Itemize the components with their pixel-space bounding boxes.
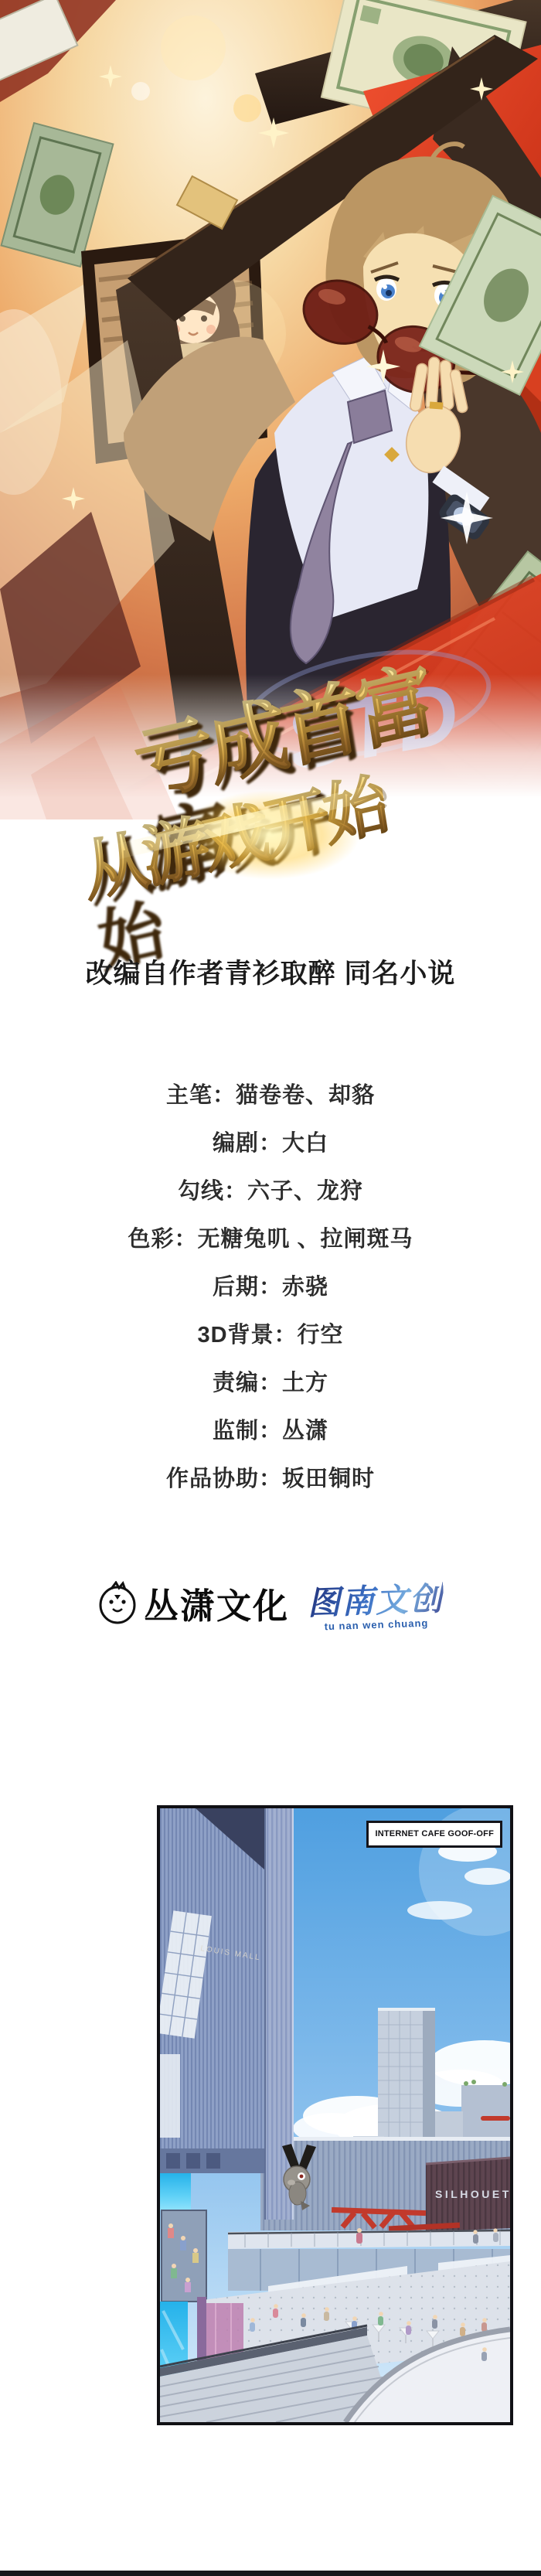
- comic-panel: SILHOUET LOUIS MALL: [157, 1805, 513, 2425]
- credit-line: 责编：土方: [0, 1370, 541, 1397]
- mural-screen: [162, 2210, 206, 2302]
- credit-line: 监制：丛潇: [0, 1418, 541, 1445]
- silhouette-sign: SILHOUET: [435, 2188, 510, 2200]
- studio-logos-row: 丛潇文化 图南文创 tu nan wen chuang: [0, 1569, 541, 1636]
- credit-line: 后期：赤骁: [0, 1274, 541, 1301]
- cover-illustration: STD: [0, 0, 541, 819]
- credit-line: 编剧：大白: [0, 1130, 541, 1157]
- congxiao-culture-logo: 丛潇文化: [97, 1578, 289, 1628]
- city-scene: SILHOUET LOUIS MALL: [160, 1808, 510, 2422]
- credit-line: 色彩：无糖兔叽 、拉闸斑马: [0, 1226, 541, 1253]
- credit-line: 勾线：六子、龙狩: [0, 1178, 541, 1205]
- subtitle-adaptation-note: 改编自作者青衫取醉 同名小说: [0, 952, 541, 991]
- louis-mall-building: LOUIS MALL: [160, 1808, 265, 2173]
- congxiao-mascot-icon: [97, 1581, 138, 1624]
- caption-text: INTERNET CAFE GOOF-OFF: [375, 1829, 494, 1838]
- caption-box: INTERNET CAFE GOOF-OFF: [366, 1821, 502, 1848]
- credit-line: 作品协助：坂田铜时: [0, 1466, 541, 1493]
- credit-line: 主笔：猫卷卷、却貉: [0, 1082, 541, 1109]
- comic-page: STD 亏成首富亏成首富 从游戏开始从游戏开始 改编自作者青衫取醉 同名小说 主…: [0, 0, 541, 2576]
- credits-list: 主笔：猫卷卷、却貉 编剧：大白 勾线：六子、龙狩 色彩：无糖兔叽 、拉闸斑马 后…: [0, 1082, 541, 1514]
- credit-line: 3D背景：行空: [0, 1322, 541, 1349]
- led-screen-top: [160, 2173, 191, 2210]
- bottom-bar: [0, 2571, 541, 2576]
- tunan-wenchuang-logo: 图南文创 tu nan wen chuang: [307, 1573, 444, 1632]
- silhouette-building: SILHOUET: [426, 2158, 510, 2232]
- tunan-logo-text: 图南文创: [307, 1573, 444, 1624]
- congxiao-logo-text: 丛潇文化: [144, 1578, 289, 1628]
